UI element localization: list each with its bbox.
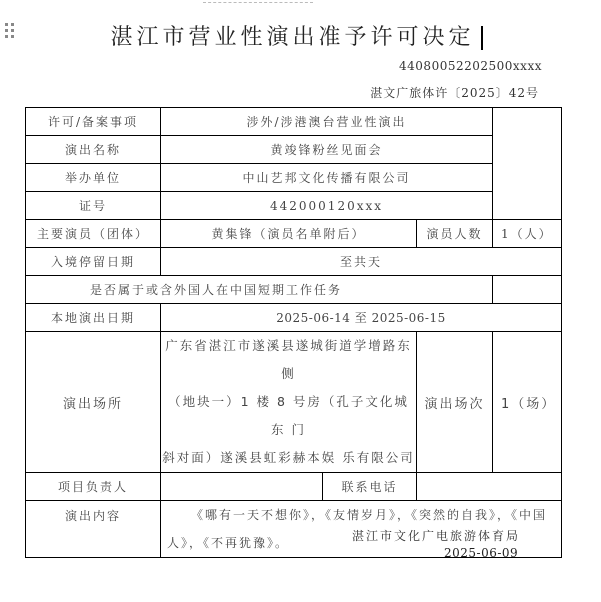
local-show-date-value[interactable]: 2025-06-14 至 2025-06-15 — [161, 304, 562, 332]
foreign-short-work-value[interactable] — [493, 276, 562, 304]
venue-line: 广东省湛江市遂溪县遂城街道学增路东侧 — [161, 332, 416, 388]
entry-stay-date-label: 入境停留日期 — [26, 248, 161, 276]
table-row: 许可/备案事项 涉外/涉港澳台营业性演出 — [26, 108, 562, 136]
project-lead-label: 项目负责人 — [26, 473, 161, 501]
license-no-value[interactable]: 442000120xxx — [161, 192, 493, 220]
venue-line: 斜对面）遂溪县虹彩赫本娱 乐有限公司 — [161, 444, 416, 472]
contact-phone-label: 联系电话 — [323, 473, 417, 501]
issuing-authority: 湛江市文化广电旅游体育局 — [352, 527, 520, 544]
organizer-label: 举办单位 — [26, 164, 161, 192]
table-row: 演出场所 广东省湛江市遂溪县遂城街道学增路东侧 （地块一）1 楼 8 号房（孔子… — [26, 332, 562, 473]
permit-table: 许可/备案事项 涉外/涉港澳台营业性演出 演出名称 黄竣锋粉丝见面会 举办单位 … — [25, 107, 562, 558]
venue-line: （地块一）1 楼 8 号房（孔子文化城东 门 — [161, 388, 416, 444]
license-no-label: 证号 — [26, 192, 161, 220]
table-row: 演出名称 黄竣锋粉丝见面会 — [26, 136, 562, 164]
project-lead-value[interactable] — [161, 473, 323, 501]
organizer-value[interactable]: 中山艺邦文化传播有限公司 — [161, 164, 493, 192]
table-row: 举办单位 中山艺邦文化传播有限公司 — [26, 164, 562, 192]
document-title[interactable]: 湛江市营业性演出准予许可决定 — [0, 20, 601, 51]
show-name-label: 演出名称 — [26, 136, 161, 164]
table-row: 主要演员（团体） 黄集锋（演员名单附后） 演员人数 1（人） — [26, 220, 562, 248]
show-name-value[interactable]: 黄竣锋粉丝见面会 — [161, 136, 493, 164]
main-performer-label: 主要演员（团体） — [26, 220, 161, 248]
performer-count-value[interactable]: 1（人） — [493, 220, 562, 248]
content-line: 《哪有一天不想你》，《友情岁月》，《突然的自我》，《中国 — [167, 501, 555, 529]
text-cursor — [481, 26, 483, 50]
table-row: 本地演出日期 2025-06-14 至 2025-06-15 — [26, 304, 562, 332]
table-row: 证号 442000120xxx — [26, 192, 562, 220]
performer-count-label: 演员人数 — [417, 220, 493, 248]
table-row: 是否属于或含外国人在中国短期工作任务 — [26, 276, 562, 304]
table-row: 项目负责人 联系电话 — [26, 473, 562, 501]
blank-cell — [493, 108, 562, 220]
foreign-short-work-label: 是否属于或含外国人在中国短期工作任务 — [26, 276, 493, 304]
main-performer-value[interactable]: 黄集锋（演员名单附后） — [161, 220, 417, 248]
show-count-label: 演出场次 — [417, 332, 493, 473]
issue-date: 2025-06-09 — [444, 546, 518, 560]
document-number: 44080052202500xxxx — [399, 59, 542, 73]
entry-stay-date-value[interactable]: 至共天 — [161, 248, 562, 276]
title-text: 湛江市营业性演出准予许可决定 — [110, 25, 474, 50]
permit-item-label: 许可/备案事项 — [26, 108, 161, 136]
venue-label: 演出场所 — [26, 332, 161, 473]
contact-phone-value[interactable] — [417, 473, 562, 501]
permit-item-value[interactable]: 涉外/涉港澳台营业性演出 — [161, 108, 493, 136]
venue-value[interactable]: 广东省湛江市遂溪县遂城街道学增路东侧 （地块一）1 楼 8 号房（孔子文化城东 … — [161, 332, 417, 473]
reference-number: 湛文广旅体许〔2025〕42号 — [370, 84, 539, 101]
show-count-value[interactable]: 1（场） — [493, 332, 562, 473]
table-row: 入境停留日期 至共天 — [26, 248, 562, 276]
content-label: 演出内容 — [26, 501, 161, 558]
page-break-line — [203, 0, 313, 3]
local-show-date-label: 本地演出日期 — [26, 304, 161, 332]
